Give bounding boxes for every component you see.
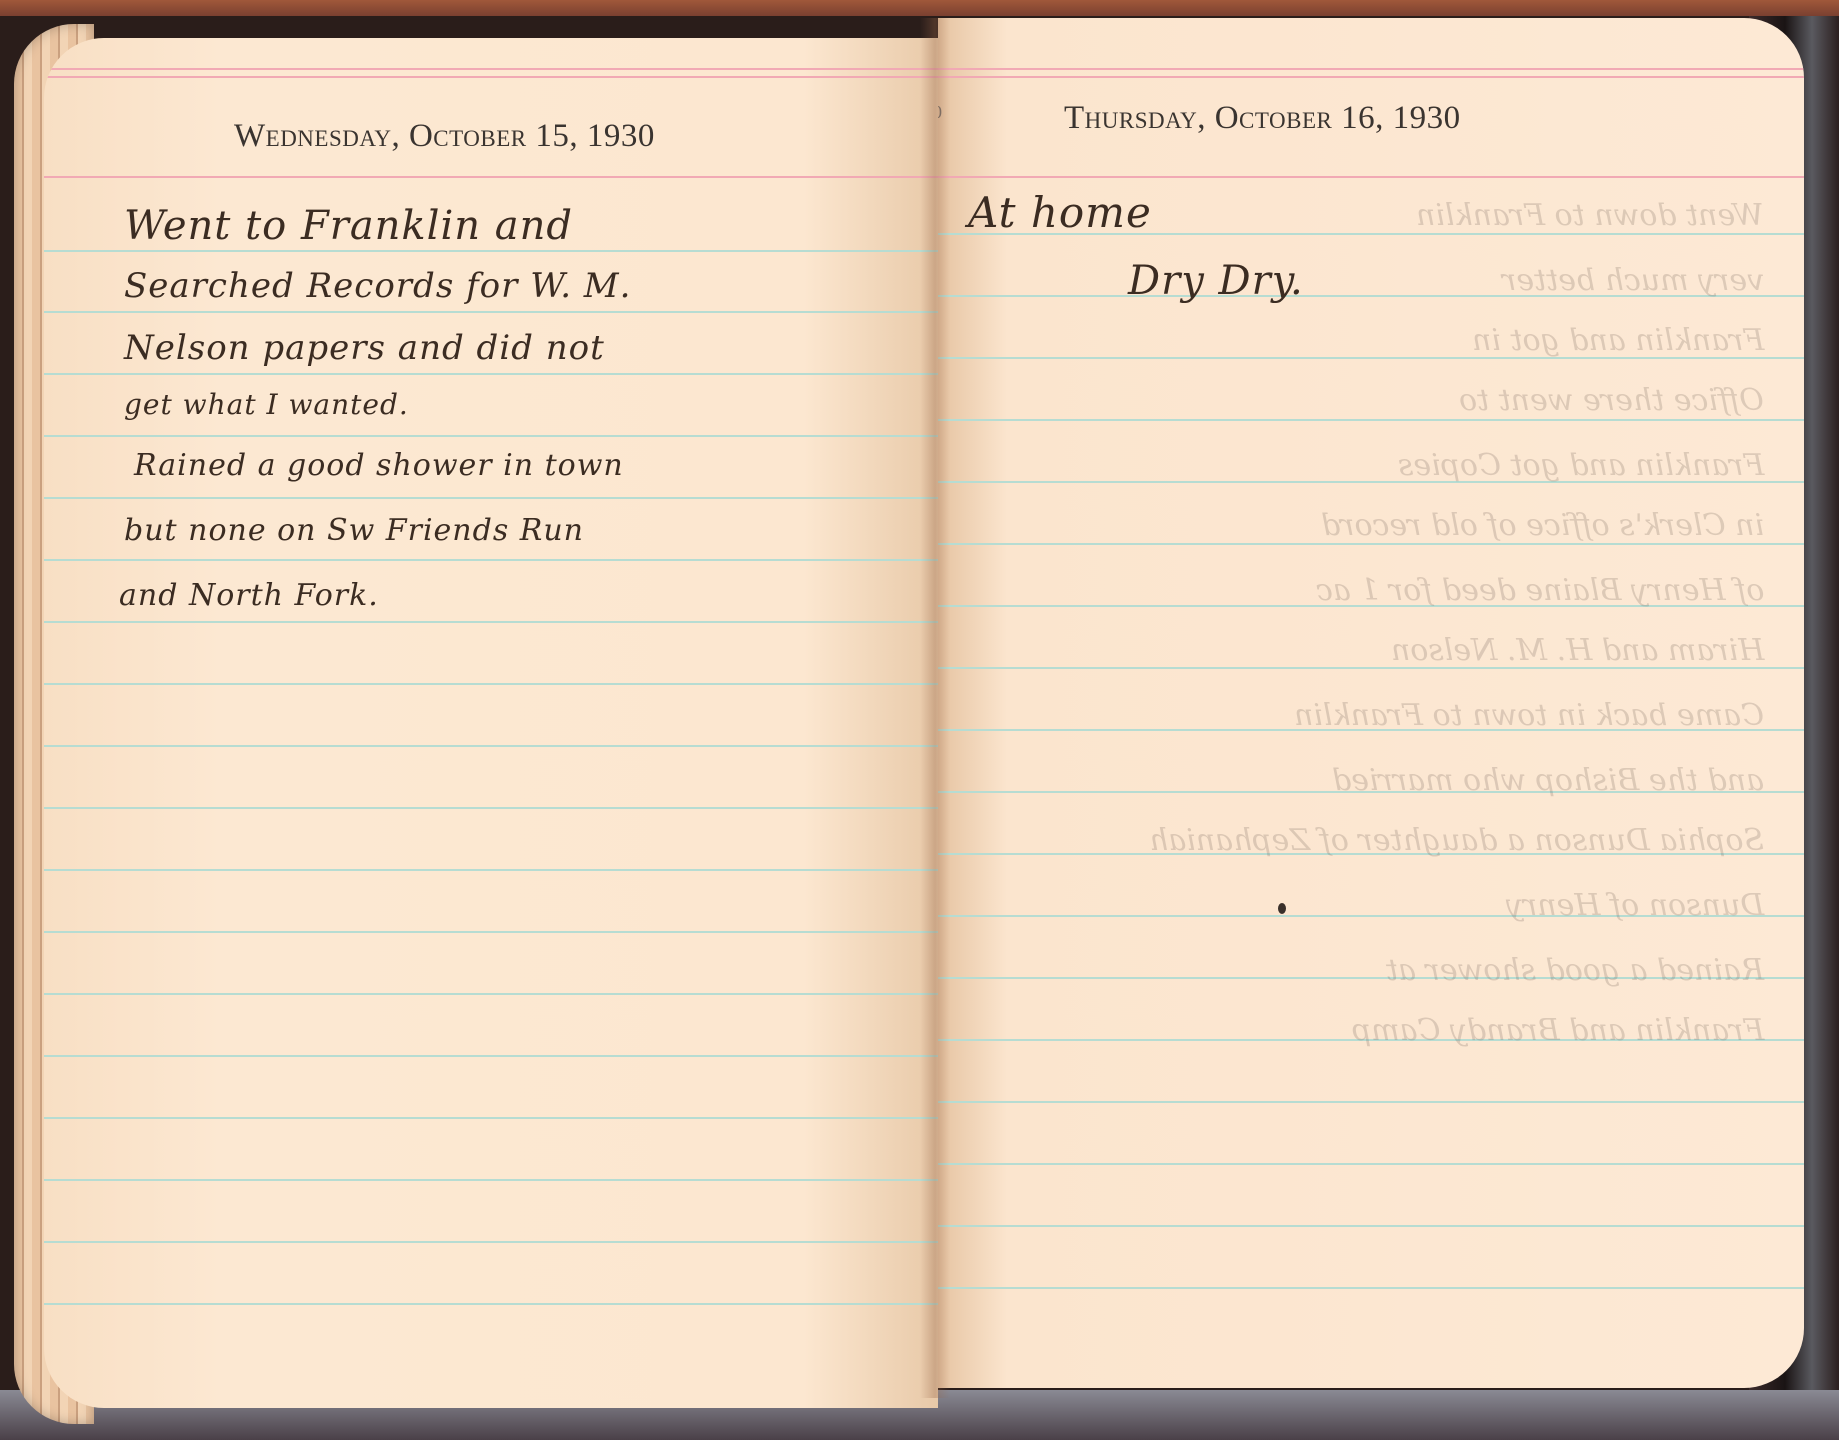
- blue-rule: [44, 993, 938, 995]
- left-page: Wednesday, October 15, 1930 Went to Fran…: [44, 38, 938, 1408]
- handwritten-line: get what I wanted.: [124, 388, 409, 421]
- blue-rule: [44, 1117, 938, 1119]
- handwritten-line: Nelson papers and did not: [124, 328, 605, 368]
- bleed-through-line: Went down to Franklin: [1416, 198, 1764, 233]
- handwritten-line: Rained a good shower in town: [134, 448, 624, 483]
- blue-rule: [938, 1101, 1804, 1103]
- pink-rule: [44, 176, 938, 178]
- handwritten-line: but none on Sw Friends Run: [124, 513, 584, 548]
- bleed-through-line: Franklin and got in: [1472, 323, 1764, 358]
- blue-rule: [44, 807, 938, 809]
- pink-rule: [44, 76, 938, 78]
- pink-rule: [44, 68, 938, 70]
- handwritten-line: and North Fork.: [119, 578, 379, 613]
- bleed-through-line: Franklin and Brandy Camp: [1352, 1013, 1764, 1048]
- blue-rule: [44, 1055, 938, 1057]
- bleed-through-line: Franklin and got Copies: [1398, 448, 1764, 483]
- right-page: 20 Thursday, October 16, 1930 Went down …: [938, 18, 1804, 1388]
- handwritten-line: At home: [968, 188, 1152, 237]
- blue-rule: [44, 1241, 938, 1243]
- bleed-through-line: in Clerk's office of old record: [1321, 508, 1764, 543]
- blue-rule: [44, 559, 938, 561]
- bleed-through-line: Sophia Dunson a daughter of Zephaniah: [1149, 823, 1764, 858]
- blue-rule: [44, 1303, 938, 1305]
- bleed-through-line: Dunson of Henry: [1506, 888, 1764, 923]
- bleed-through-line: Hiram and H. M. Nelson: [1391, 633, 1764, 668]
- blue-rule: [44, 435, 938, 437]
- blue-rule: [938, 1225, 1804, 1227]
- blue-rule: [44, 1179, 938, 1181]
- blue-rule: [938, 543, 1804, 545]
- blue-rule: [44, 683, 938, 685]
- bleed-through-line: Rained a good shower at: [1386, 953, 1764, 988]
- pink-rule: [938, 76, 1804, 78]
- blue-rule: [44, 250, 938, 252]
- bleed-through-line: and the Bishop who married: [1332, 763, 1764, 798]
- handwritten-line: Dry Dry.: [1128, 258, 1304, 304]
- page-number: 20: [938, 102, 942, 123]
- blue-rule: [44, 373, 938, 375]
- bleed-through-line: very much better: [1502, 263, 1764, 298]
- blue-rule: [938, 1163, 1804, 1165]
- blue-rule: [44, 869, 938, 871]
- page-header-date: Thursday, October 16, 1930: [1064, 100, 1461, 137]
- bleed-through-line: Came back in town to Franklin: [1294, 698, 1764, 733]
- bleed-through-line: Office there went to: [1459, 383, 1764, 418]
- diary-spread: Wednesday, October 15, 1930 Went to Fran…: [44, 18, 1804, 1398]
- bleed-through-line: of Henry Blaine deed for 1 ac: [1316, 573, 1764, 608]
- handwritten-line: Went to Franklin and: [124, 203, 573, 249]
- pink-rule: [938, 176, 1804, 178]
- ink-spot: [1278, 903, 1286, 914]
- blue-rule: [44, 311, 938, 313]
- blue-rule: [44, 745, 938, 747]
- blue-rule: [44, 497, 938, 499]
- book-cover-top-edge: [0, 0, 1839, 16]
- blue-rule: [44, 931, 938, 933]
- pink-rule: [938, 68, 1804, 70]
- page-header-date: Wednesday, October 15, 1930: [234, 118, 655, 155]
- blue-rule: [44, 621, 938, 623]
- handwritten-line: Searched Records for W. M.: [124, 266, 631, 306]
- blue-rule: [938, 419, 1804, 421]
- blue-rule: [938, 1287, 1804, 1289]
